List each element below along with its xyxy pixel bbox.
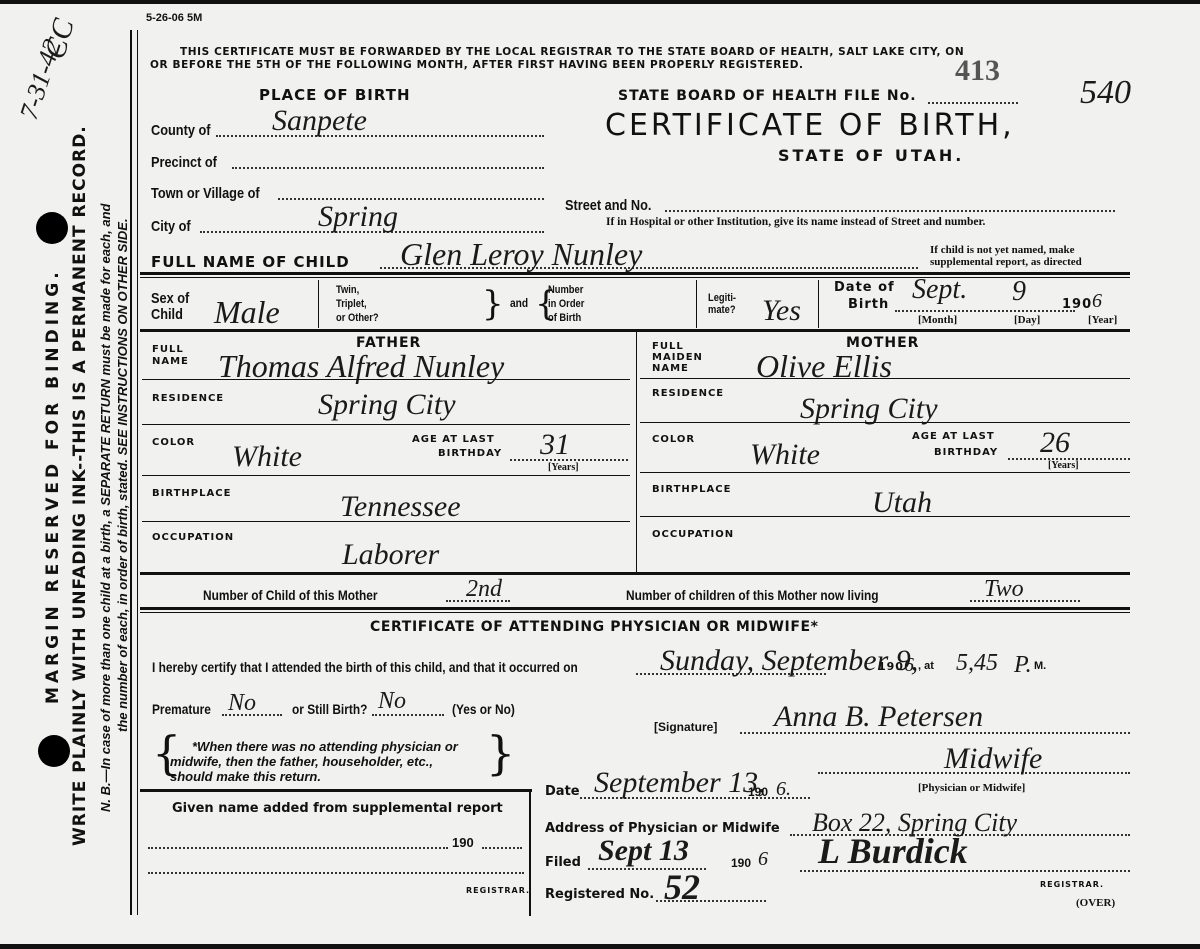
county-label: County of	[151, 122, 210, 139]
signature-value: Anna B. Petersen	[774, 700, 983, 734]
county-field[interactable]	[216, 135, 544, 137]
mother-birthplace-label: BIRTHPLACE	[652, 484, 731, 495]
certify-text: I hereby certify that I attended the bir…	[152, 659, 578, 675]
father-occupation-value: Laborer	[342, 538, 439, 572]
father-years-caption: [Years]	[548, 462, 579, 473]
divider-top-double-2	[140, 277, 1130, 278]
divider-legit	[696, 280, 697, 328]
note-line-3: should make this return.	[170, 769, 321, 784]
margin-nb-line2: the number of each, in order of birth, s…	[115, 218, 130, 732]
father-name-line	[142, 379, 630, 380]
not-named-note-2: supplemental report, as directed	[930, 256, 1082, 268]
divider-parents-bottom	[140, 572, 1130, 575]
filed-label: Filed	[545, 855, 581, 870]
month-caption: [Month]	[918, 314, 957, 326]
supplemental-registrar-caption: REGISTRAR.	[466, 886, 530, 895]
order-label-1: Number	[548, 284, 583, 296]
supplemental-registrar-field[interactable]	[148, 872, 524, 874]
divider-dob	[818, 280, 819, 328]
date-year-prefix: 190	[748, 785, 768, 799]
legit-label-1: Legiti-	[708, 292, 736, 304]
document-title: CERTIFICATE OF BIRTH,	[605, 108, 1015, 143]
and-label: and	[510, 296, 528, 310]
father-color-value: White	[232, 440, 302, 474]
sex-label-1: Sex of	[151, 290, 189, 307]
role-value: Midwife	[944, 742, 1042, 776]
child-name-value: Glen Leroy Nunley	[400, 236, 642, 273]
divider-attendant-top	[140, 607, 1130, 610]
registrar-signature: L Burdick	[818, 830, 968, 872]
instruction-line-1: THIS CERTIFICATE MUST BE FORWARDED BY TH…	[180, 46, 964, 58]
role-caption: [Physician or Midwife]	[918, 782, 1025, 794]
file-no-value: 540	[1080, 74, 1131, 112]
father-birthplace-value: Tennessee	[340, 490, 461, 524]
street-label: Street and No.	[565, 197, 651, 214]
divider-parents-center	[636, 332, 637, 572]
dob-year-prefix: 190	[1062, 297, 1092, 312]
mother-color-value: White	[750, 438, 820, 472]
mother-name-value: Olive Ellis	[756, 348, 892, 385]
mother-age-label-2: BIRTHDAY	[934, 447, 998, 458]
twin-brace: }	[482, 284, 504, 324]
stillbirth-label: or Still Birth?	[292, 701, 367, 717]
sex-label-2: Child	[151, 306, 183, 323]
registered-value: 52	[664, 866, 700, 908]
signature-label: [Signature]	[654, 720, 717, 734]
margin-ink-text: WRITE PLAINLY WITH UNFADING INK--THIS IS…	[70, 125, 90, 846]
mother-name-label-2: MAIDEN	[652, 352, 703, 363]
father-age-value: 31	[540, 428, 570, 462]
father-residence-label: RESIDENCE	[152, 393, 224, 404]
father-age-label-2: BIRTHDAY	[438, 448, 502, 459]
mother-age-value: 26	[1040, 426, 1070, 460]
attendant-heading: CERTIFICATE OF ATTENDING PHYSICIAN OR MI…	[370, 619, 819, 635]
dob-label-1: Date of	[834, 280, 895, 295]
dob-field[interactable]	[895, 310, 1075, 312]
date-label: Date	[545, 784, 580, 799]
city-value: Spring	[318, 200, 398, 234]
divider-top-double	[140, 272, 1130, 275]
margin-binding-text: MARGIN RESERVED FOR BINDING.	[43, 268, 63, 704]
margin-nb-line1: N. B.—In case of more than one child at …	[98, 204, 113, 812]
m-label: M.	[1034, 660, 1046, 672]
not-named-note-1: If child is not yet named, make	[930, 244, 1075, 256]
stamp-number: 413	[955, 54, 1000, 88]
mother-name-label-1: FULL	[652, 341, 684, 352]
binding-hole-top	[36, 212, 68, 244]
mother-years-caption: [Years]	[1048, 460, 1079, 471]
filing-registrar-caption: REGISTRAR.	[1040, 880, 1104, 889]
mother-name-line	[640, 378, 1130, 379]
living-value: Two	[984, 576, 1024, 603]
mother-color-line	[640, 472, 1130, 473]
premature-label: Premature	[152, 701, 211, 717]
mother-residence-label: RESIDENCE	[652, 388, 724, 399]
order-label-3: of Birth	[548, 312, 581, 324]
order-label-2: in Order	[548, 298, 584, 310]
year-caption: [Year]	[1088, 314, 1117, 326]
note-line-2: midwife, then the father, householder, e…	[170, 754, 433, 769]
occurred-year-suffix: 6	[904, 654, 914, 677]
dob-year-suffix: 6	[1092, 290, 1102, 313]
twin-label-3: or Other?	[336, 312, 379, 324]
filed-year-prefix: 190	[731, 856, 751, 870]
supplemental-box-right	[529, 789, 531, 916]
margin-border-inner	[137, 30, 138, 915]
supplemental-name-field[interactable]	[148, 847, 448, 849]
time-value: 5,45	[956, 650, 998, 677]
supplemental-box-top	[140, 789, 532, 792]
note-brace-right: }	[486, 730, 515, 776]
premature-value: No	[228, 690, 256, 717]
divider-parents-top	[140, 329, 1130, 332]
father-age-label-1: AGE AT LAST	[412, 434, 495, 445]
dob-day-value: 9	[1012, 276, 1026, 308]
yes-no-label: (Yes or No)	[452, 701, 515, 717]
dob-month-value: Sept.	[912, 274, 967, 306]
margin-note-date: 7-31-42	[14, 36, 68, 124]
date-year-suffix: 6.	[776, 778, 791, 801]
over-label: (OVER)	[1076, 897, 1115, 909]
document-subtitle: STATE OF UTAH.	[778, 146, 964, 165]
date-value: September 13,	[594, 766, 766, 800]
father-birthplace-line	[142, 521, 630, 522]
father-residence-line	[142, 424, 630, 425]
form-code: 5-26-06 5M	[146, 12, 202, 24]
child-name-label: FULL NAME OF CHILD	[151, 253, 350, 271]
divider-sex	[318, 280, 319, 328]
file-no-dots	[928, 102, 1018, 104]
legit-value: Yes	[762, 294, 801, 328]
mother-name-label-3: NAME	[652, 363, 689, 374]
father-residence-value: Spring City	[318, 388, 456, 422]
living-label: Number of children of this Mother now li…	[626, 587, 879, 603]
father-name-label-1: FULL	[152, 344, 184, 355]
divider-attendant-top-2	[140, 612, 1130, 613]
binding-hole-bottom	[38, 735, 70, 767]
twin-label-2: Triplet,	[336, 298, 367, 310]
mother-residence-line	[640, 422, 1130, 423]
ampm-value: P.	[1014, 652, 1032, 679]
father-color-label: COLOR	[152, 437, 195, 448]
town-label: Town or Village of	[151, 185, 260, 202]
father-birthplace-label: BIRTHPLACE	[152, 488, 231, 499]
hospital-note: If in Hospital or other Institution, giv…	[606, 216, 985, 228]
day-caption: [Day]	[1014, 314, 1040, 326]
certificate-paper: CC 7-31-42 MARGIN RESERVED FOR BINDING. …	[0, 4, 1200, 944]
stillbirth-value: No	[378, 688, 406, 715]
county-value: Sanpete	[272, 104, 367, 138]
instruction-line-2: OR BEFORE THE 5TH OF THE FOLLOWING MONTH…	[150, 59, 804, 71]
place-of-birth-heading: PLACE OF BIRTH	[259, 86, 411, 104]
precinct-label: Precinct of	[151, 154, 217, 171]
twin-label-1: Twin,	[336, 284, 359, 296]
note-line-1: *When there was no attending physician o…	[192, 739, 458, 754]
at-label: , at	[918, 660, 934, 672]
mother-occupation-label: OCCUPATION	[652, 529, 734, 540]
supplemental-year-prefix: 190	[452, 835, 474, 850]
mother-age-label-1: AGE AT LAST	[912, 431, 995, 442]
father-color-line	[142, 475, 630, 476]
legit-label-2: mate?	[708, 304, 736, 316]
supplemental-heading: Given name added from supplemental repor…	[172, 801, 503, 816]
file-no-label: STATE BOARD OF HEALTH FILE No.	[618, 88, 917, 104]
filed-value: Sept 13	[598, 834, 689, 868]
father-occupation-label: OCCUPATION	[152, 532, 234, 543]
child-number-value: 2nd	[466, 576, 502, 603]
mother-color-label: COLOR	[652, 434, 695, 445]
precinct-field[interactable]	[232, 167, 544, 169]
child-number-label: Number of Child of this Mother	[203, 587, 378, 603]
supplemental-year-field[interactable]	[482, 847, 522, 849]
father-name-label-2: NAME	[152, 356, 189, 367]
city-label: City of	[151, 218, 191, 235]
margin-border-outer	[130, 30, 132, 915]
mother-birthplace-line	[640, 516, 1130, 517]
sex-value: Male	[214, 294, 280, 331]
occurred-year-prefix: 190	[878, 660, 904, 673]
street-field[interactable]	[665, 210, 1115, 212]
dob-label-2: Birth	[848, 297, 889, 312]
filed-year-suffix: 6	[758, 848, 768, 871]
registered-label: Registered No.	[545, 887, 654, 902]
mother-birthplace-value: Utah	[872, 486, 932, 520]
mother-residence-value: Spring City	[800, 392, 938, 426]
